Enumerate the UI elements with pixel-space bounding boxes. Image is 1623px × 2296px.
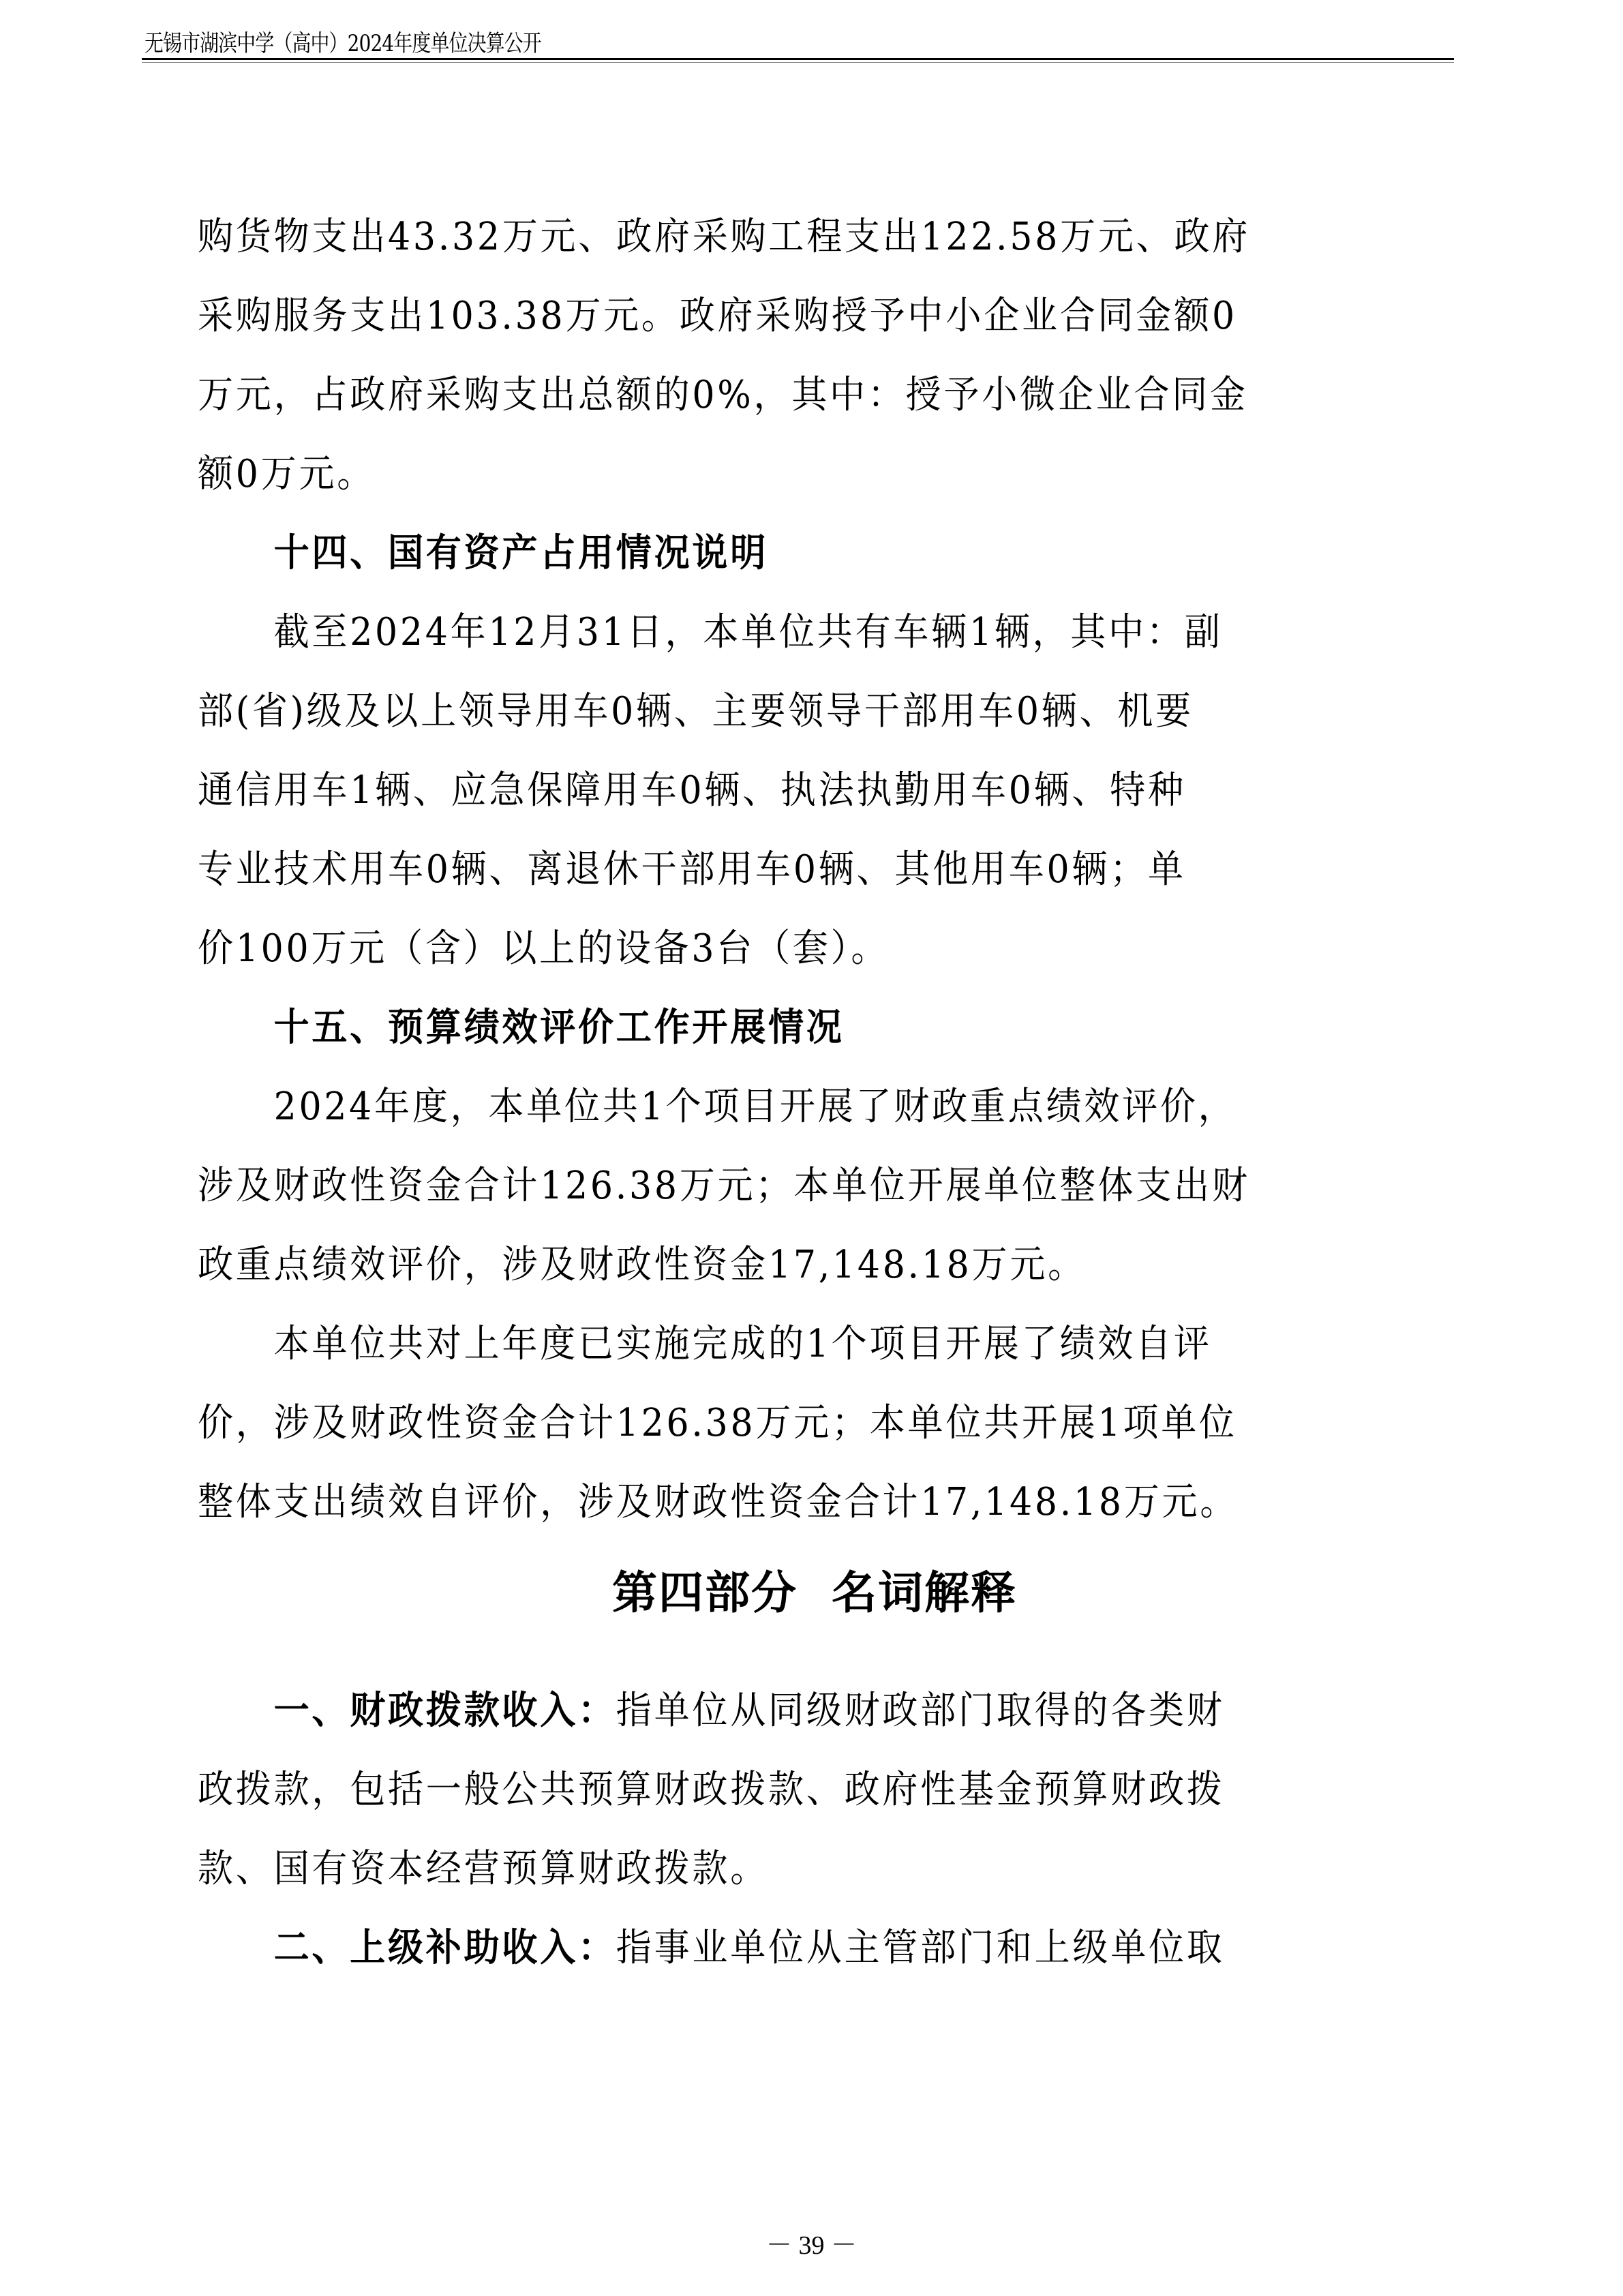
page-number: － 39 － bbox=[0, 2224, 1623, 2261]
section-heading-14: 十四、国有资产占用情况说明 bbox=[198, 514, 1345, 593]
text-line: 截至2024年12月31日，本单位共有车辆1辆，其中：副 bbox=[198, 593, 1345, 672]
term-fiscal-appropriation: 一、财政拨款收入：指单位从同级财政部门取得的各类财 政拨款，包括一般公共预算财政… bbox=[198, 1672, 1431, 1909]
spacer bbox=[198, 1644, 1431, 1672]
text-line: 采购服务支出103.38万元。政府采购授予中小企业合同金额0 bbox=[198, 277, 1345, 356]
text-line: 万元，占政府采购支出总额的0%，其中：授予小微企业合同金 bbox=[198, 356, 1345, 435]
term-superior-subsidy: 二、上级补助收入：指事业单位从主管部门和上级单位取 bbox=[198, 1909, 1431, 1988]
page-header: 无锡市湖滨中学（高中）2024年度单位决算公开 bbox=[142, 15, 1454, 60]
text-line: 涉及财政性资金合计126.38万元；本单位开展单位整体支出财 bbox=[198, 1147, 1345, 1226]
paragraph-assets: 截至2024年12月31日，本单位共有车辆1辆，其中：副 部(省)级及以上领导用… bbox=[198, 593, 1431, 988]
text-line: 通信用车1辆、应急保障用车0辆、执法执勤用车0辆、特种 bbox=[198, 751, 1345, 830]
text-line: 政重点绩效评价，涉及财政性资金17,148.18万元。 bbox=[198, 1226, 1345, 1305]
term-definition: 指单位从同级财政部门取得的各类财 bbox=[616, 1689, 1225, 1733]
paragraph-performance-2: 本单位共对上年度已实施完成的1个项目开展了绩效自评 价，涉及财政性资金合计126… bbox=[198, 1305, 1431, 1542]
text-line: 价，涉及财政性资金合计126.38万元；本单位共开展1项单位 bbox=[198, 1384, 1345, 1463]
text-line: 本单位共对上年度已实施完成的1个项目开展了绩效自评 bbox=[198, 1305, 1345, 1384]
text-line: 额0万元。 bbox=[198, 435, 1345, 514]
text-line: 专业技术用车0辆、离退休干部用车0辆、其他用车0辆；单 bbox=[198, 830, 1345, 909]
text-line: 部(省)级及以上领导用车0辆、主要领导干部用车0辆、机要 bbox=[198, 672, 1345, 751]
text-line: 整体支出绩效自评价，涉及财政性资金合计17,148.18万元。 bbox=[198, 1463, 1345, 1542]
text-line: 价100万元（含）以上的设备3台（套）。 bbox=[198, 909, 1345, 988]
text-line: 款、国有资本经营预算财政拨款。 bbox=[198, 1830, 1345, 1909]
header-title: 无锡市湖滨中学（高中）2024年度单位决算公开 bbox=[145, 25, 541, 58]
term-label: 一、财政拨款收入： bbox=[274, 1689, 616, 1733]
text-line: 一、财政拨款收入：指单位从同级财政部门取得的各类财 bbox=[198, 1672, 1345, 1751]
text-line: 2024年度，本单位共1个项目开展了财政重点绩效评价， bbox=[198, 1068, 1345, 1147]
text-line: 二、上级补助收入：指事业单位从主管部门和上级单位取 bbox=[198, 1909, 1345, 1988]
term-label: 二、上级补助收入： bbox=[274, 1926, 616, 1970]
term-definition: 指事业单位从主管部门和上级单位取 bbox=[616, 1926, 1225, 1970]
text-line: 购货物支出43.32万元、政府采购工程支出122.58万元、政府 bbox=[198, 198, 1345, 277]
section-heading-15: 十五、预算绩效评价工作开展情况 bbox=[198, 988, 1345, 1068]
document-body: 购货物支出43.32万元、政府采购工程支出122.58万元、政府 采购服务支出1… bbox=[198, 198, 1431, 1988]
part-title: 第四部分 名词解释 bbox=[198, 1542, 1431, 1644]
header-rule bbox=[142, 62, 1454, 63]
text-line: 政拨款，包括一般公共预算财政拨款、政府性基金预算财政拨 bbox=[198, 1751, 1345, 1830]
paragraph-performance-1: 2024年度，本单位共1个项目开展了财政重点绩效评价， 涉及财政性资金合计126… bbox=[198, 1068, 1431, 1305]
paragraph-procurement: 购货物支出43.32万元、政府采购工程支出122.58万元、政府 采购服务支出1… bbox=[198, 198, 1431, 514]
